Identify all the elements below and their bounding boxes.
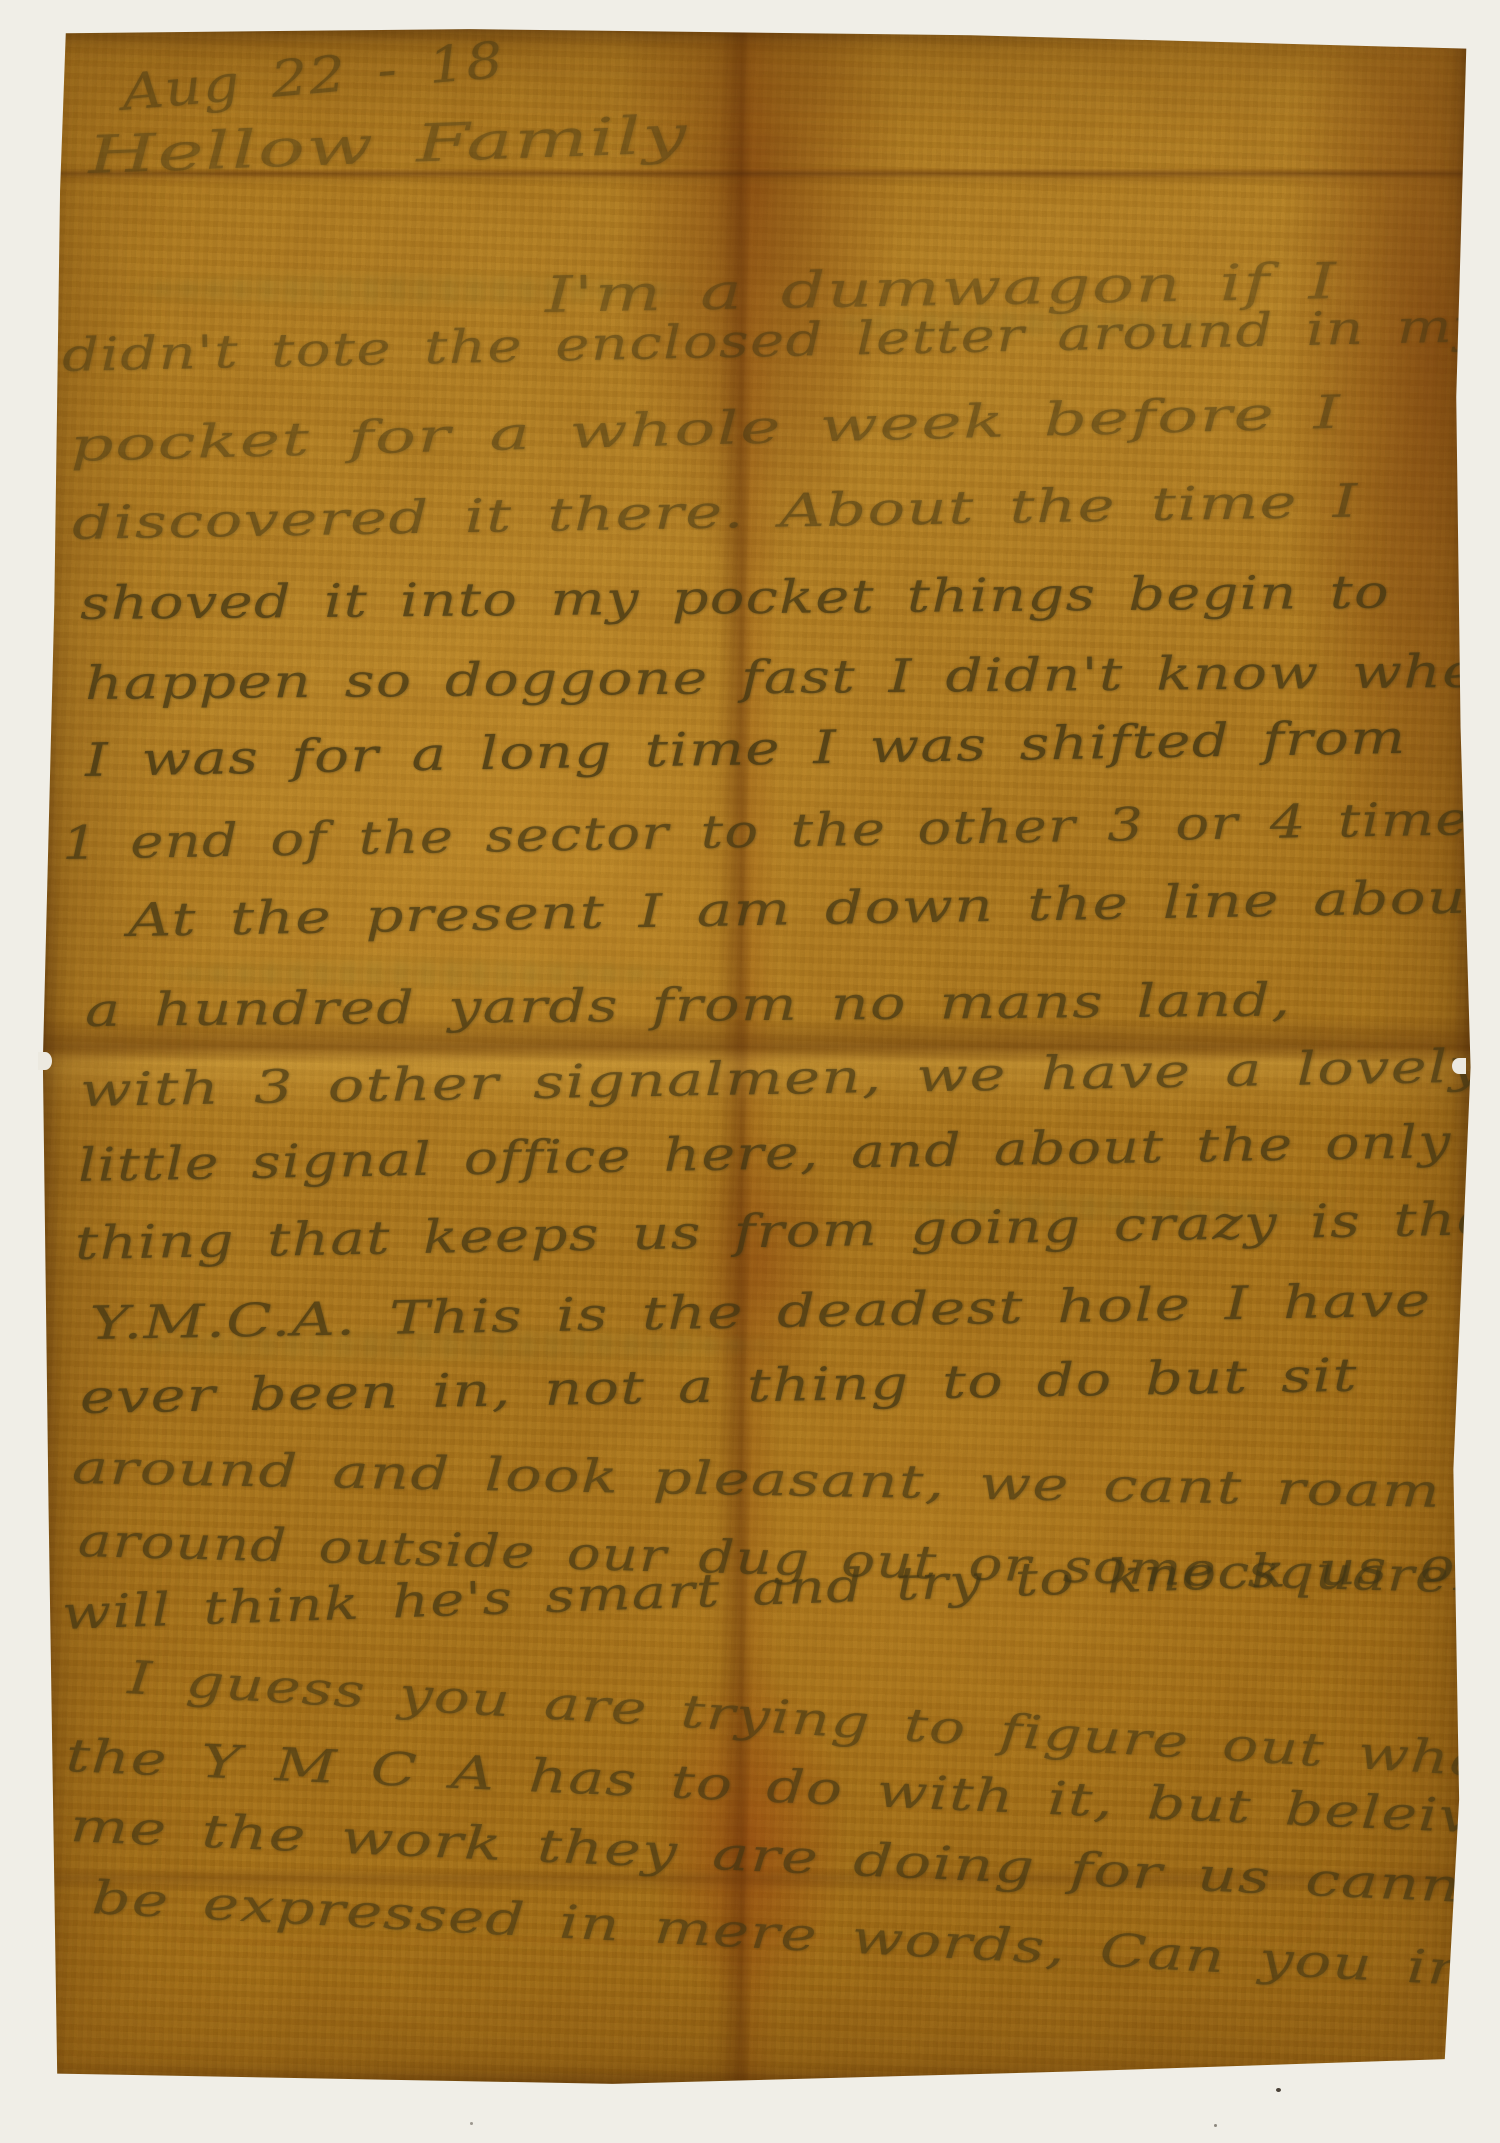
- dust-speck: [1276, 2088, 1281, 2092]
- handwritten-line: shoved it into my pocket things begin to: [80, 567, 1390, 629]
- handwritten-line: Hellow Family: [87, 107, 689, 185]
- handwritten-line: little signal office here, and about the…: [78, 1116, 1452, 1191]
- handwritten-line: discovered it there. About the time I: [72, 476, 1360, 549]
- handwritten-line: a hundred yards from no mans land,: [85, 974, 1292, 1035]
- handwritten-line: Y.M.C.A. This is the deadest hole I have: [90, 1275, 1432, 1349]
- dust-speck: [470, 2122, 473, 2125]
- handwritten-line: with 3 other signalmen, we have a lovely: [80, 1040, 1485, 1115]
- handwritten-line: happen so doggone fast I didn't know whe…: [85, 645, 1500, 708]
- handwritten-line: 1 end of the sector to the other 3 or 4 …: [62, 793, 1500, 869]
- letter-lines: Aug 22 - 18Hellow FamilyI'm a dumwagon i…: [40, 26, 1472, 2088]
- handwritten-line: At the present I am down the line about: [128, 871, 1493, 945]
- handwritten-line: thing that keeps us from going crazy is …: [75, 1193, 1493, 1268]
- dust-speck: [1214, 2124, 1217, 2127]
- letter-paper: Aug 22 - 18Hellow FamilyI'm a dumwagon i…: [40, 26, 1472, 2088]
- handwritten-line: didn't tote the enclosed letter around i…: [61, 300, 1487, 380]
- handwritten-line: ever been in, not a thing to do but sit: [80, 1350, 1359, 1423]
- edge-tear: [1452, 1058, 1466, 1074]
- handwritten-line: Aug 22 - 18: [120, 33, 506, 121]
- handwritten-line: around and look pleasant, we cant roam: [72, 1442, 1442, 1516]
- edge-tear: [38, 1052, 52, 1070]
- scanner-background: Aug 22 - 18Hellow FamilyI'm a dumwagon i…: [0, 0, 1500, 2143]
- handwritten-line: I was for a long time I was shifted from: [85, 712, 1407, 786]
- handwritten-line: pocket for a whole week before I: [69, 387, 1342, 471]
